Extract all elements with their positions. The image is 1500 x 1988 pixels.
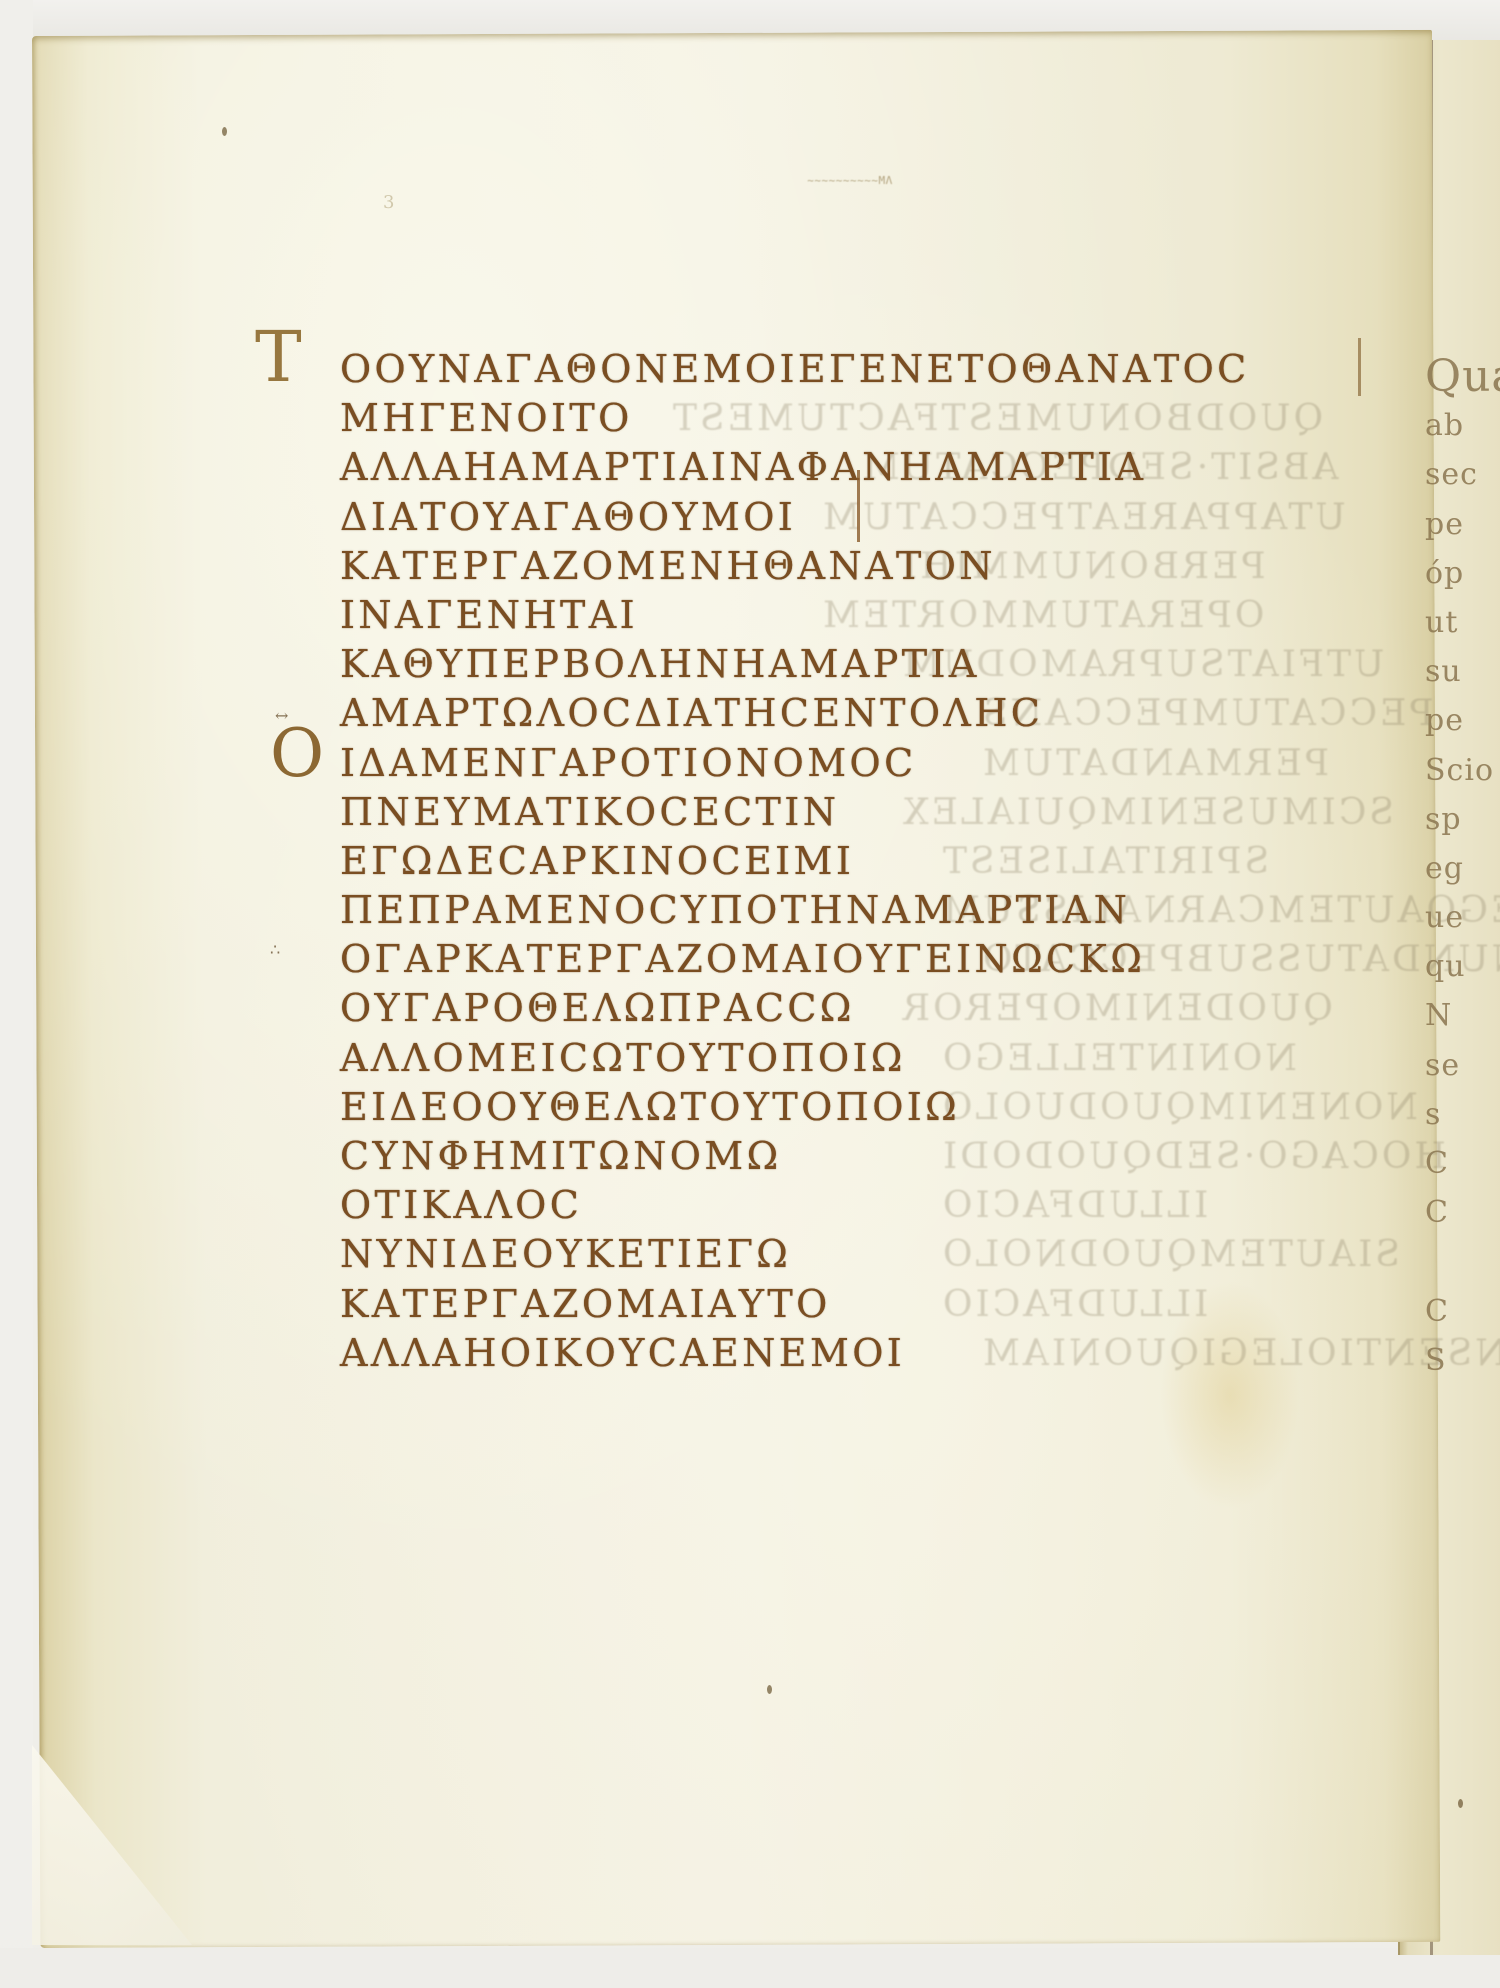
greek-line: ΚΑΤΕΡΓΑΖΟΜΑΙΑΥΤΟ [340,1282,831,1326]
latin-line: sp [1425,795,1500,844]
greek-line: ΑΛΛΑΗΟΙΚΟΥϹΑΕΝΕΜΟΙ [340,1331,905,1375]
text-line: EGOAUTEMCARNALISSUM ΠΕΠΡΑΜΕΝΟϹΥΠΟΤΗΝΑΜΑΡ… [340,886,1390,935]
text-line: Τ ΟΟΥΝΑΓΑΘΟΝΕΜΟΙΕΓΕΝΕΤΟΘΑΝΑΤΟϹ [340,345,1390,394]
latin-line: C [1425,1188,1500,1237]
greek-line: ΟΟΥΝΑΓΑΘΟΝΕΜΟΙΕΓΕΝΕΤΟΘΑΝΑΤΟϹ [340,347,1250,391]
text-line: QUODENIMOPEROR ΟΥΓΑΡΟΘΕΛΩΠΡΑϹϹΩ [340,984,1390,1033]
text-line: UTFIATSUPRAMODUM ΚΑΘΥΠΕΡΒΟΛΗΝΗΑΜΑΡΤΙΑ [340,640,1390,689]
latin-line [1425,1237,1500,1286]
showthrough-text: UTAPPAREATPECCATUM [820,493,1346,542]
text-line: SPIRITALISEST ΕΓΩΔΕϹΑΡΚΙΝΟϹΕΙΜΙ [340,837,1390,886]
text-line: SIAUTEMQUODNOLO ΝΥΝΙΔΕΟΥΚΕΤΙΕΓΩ [340,1230,1390,1279]
greek-line: ΠΕΠΡΑΜΕΝΟϹΥΠΟΤΗΝΑΜΑΡΤΙΑΝ [340,888,1130,932]
greek-line: ΟΥΓΑΡΟΘΕΛΩΠΡΑϹϹΩ [340,986,855,1030]
showthrough-text: NONENIMQUODUOLO [940,1083,1418,1132]
greek-line: ΠΝΕΥΜΑΤΙΚΟϹΕϹΤΙΝ [340,790,839,834]
showthrough-text: ILLUDFACIO [940,1280,1208,1329]
text-line: ILLUDFACIO ΚΑΤΕΡΓΑΖΟΜΑΙΑΥΤΟ [340,1280,1390,1329]
greek-line: ΑΛΛΑΗΑΜΑΡΤΙΑΙΝΑΦΑΝΗΑΜΑΡΤΙΑ [340,445,1146,489]
text-line: OPERATUMMORTEM ΙΝΑΓΕΝΗΤΑΙ [340,591,1390,640]
latin-line: pe [1425,696,1500,745]
greek-line: ΕΙΔΕΟΟΥΘΕΛΩΤΟΥΤΟΠΟΙΩ [340,1085,960,1129]
text-line: CONSENTIOLEGIQUONIAM ΑΛΛΑΗΟΙΚΟΥϹΑΕΝΕΜΟΙ [340,1329,1390,1378]
greek-line: ΚΑΤΕΡΓΑΖΟΜΕΝΗΘΑΝΑΤΟΝ [340,544,996,588]
greek-line: ΕΓΩΔΕϹΑΡΚΙΝΟϹΕΙΜΙ [340,839,854,883]
showthrough-text: ILLUDFACIO [940,1181,1208,1230]
greek-line: ϹΥΝΦΗΜΙΤΩΝΟΜΩ [340,1134,782,1178]
showthrough-text: SCIMUSENIMQUIALEX [900,788,1394,837]
greek-line: ΙΔΑΜΕΝΓΑΡΟΤΙΟΝΟΜΟϹ [340,741,917,785]
latin-line: óp [1425,549,1500,598]
initial-letter: Ο [270,729,324,778]
text-line: ABSIT·SEDPECCATUM ΑΛΛΑΗΑΜΑΡΤΙΑΙΝΑΦΑΝΗΑΜΑ… [340,443,1390,492]
text-line: NONENIMQUODUOLO ΕΙΔΕΟΟΥΘΕΛΩΤΟΥΤΟΠΟΙΩ [340,1083,1390,1132]
greek-line: ΝΥΝΙΔΕΟΥΚΕΤΙΕΓΩ [340,1232,791,1276]
showthrough-text: PECCATUMPECCANS [980,689,1434,738]
greek-line: ΑΛΛΟΜΕΙϹΩΤΟΥΤΟΠΟΙΩ [340,1036,906,1080]
greek-line: ΑΜΑΡΤΩΛΟϹΔΙΑΤΗϹΕΝΤΟΛΗϹ [340,691,1043,735]
initial-letter: Τ [255,333,302,382]
showthrough-text: CONSENTIOLEGIQUONIAM [980,1329,1500,1378]
latin-text-column: Qua ab sec pe óp ut su pe Scio sp eg ue … [1425,352,1500,1385]
latin-line: ut [1425,598,1500,647]
text-line: NONINTELLEGO ΑΛΛΟΜΕΙϹΩΤΟΥΤΟΠΟΙΩ [340,1034,1390,1083]
showthrough-text: QUODENIMOPEROR [900,984,1333,1033]
greek-line: ΔΙΑΤΟΥΑΓΑΘΟΥΜΟΙ [340,495,796,539]
text-line: HOCAGO·SEDQUODODI ϹΥΝΦΗΜΙΤΩΝΟΜΩ [340,1132,1390,1181]
greek-line: ΟΤΙΚΑΛΟϹ [340,1183,582,1227]
text-line: SCIMUSENIMQUIALEX ΠΝΕΥΜΑΤΙΚΟϹΕϹΤΙΝ [340,788,1390,837]
margin-mark: ∴ [270,925,280,974]
text-line: Ο PERMANDATUM ΙΔΑΜΕΝΓΑΡΟΤΙΟΝΟΜΟϹ [340,739,1390,788]
showthrough-text: OPERATUMMORTEM [820,591,1264,640]
running-head: ~~~~~~~~~~MΛ [745,170,955,192]
latin-line: su [1425,647,1500,696]
latin-line: Qua [1425,352,1500,401]
latin-line: se [1425,1041,1500,1090]
latin-line: N [1425,991,1500,1040]
text-line: ILLUDFACIO ΟΤΙΚΑΛΟϹ [340,1181,1390,1230]
latin-line: sec [1425,450,1500,499]
latin-line: ab [1425,401,1500,450]
page-mark: 3 [383,192,394,213]
text-line: ∴ UENUNDATUSSUBPECCATO ΟΓΑΡΚΑΤΕΡΓΑΖΟΜΑΙΟ… [340,935,1390,984]
latin-line: pe [1425,500,1500,549]
ink-speck [1458,1799,1463,1808]
latin-line: Scio [1425,746,1500,795]
greek-line: ΚΑΘΥΠΕΡΒΟΛΗΝΗΑΜΑΡΤΙΑ [340,642,980,686]
showthrough-text: SPIRITALISEST [940,837,1269,886]
greek-line: ΙΝΑΓΕΝΗΤΑΙ [340,593,638,637]
showthrough-text: PERMANDATUM [980,739,1329,788]
ink-speck [222,127,227,136]
showthrough-text: NONINTELLEGO [940,1034,1297,1083]
phi-descender [857,470,860,542]
showthrough-text: QUODBONUMESTFACTUMEST [670,394,1323,443]
showthrough-text: SIAUTEMQUODNOLO [940,1230,1400,1279]
text-line: QUODBONUMESTFACTUMEST ΜΗΓΕΝΟΙΤΟ [340,394,1390,443]
ink-speck [767,1685,772,1694]
greek-text-column: Τ ΟΟΥΝΑΓΑΘΟΝΕΜΟΙΕΓΕΝΕΤΟΘΑΝΑΤΟϹ QUODBONUM… [340,345,1390,1378]
greek-line: ΜΗΓΕΝΟΙΤΟ [340,396,633,440]
text-line: PERBONUMMIHI ΚΑΤΕΡΓΑΖΟΜΕΝΗΘΑΝΑΤΟΝ [340,542,1390,591]
backdrop-left [0,0,33,1988]
greek-line: ΟΓΑΡΚΑΤΕΡΓΑΖΟΜΑΙΟΥΓΕΙΝΩϹΚΩ [340,937,1145,981]
showthrough-text: HOCAGO·SEDQUODODI [940,1132,1446,1181]
backdrop-bottom [0,1948,1500,1988]
text-line: UTAPPAREATPECCATUM ΔΙΑΤΟΥΑΓΑΘΟΥΜΟΙ [340,493,1390,542]
text-line: ↔ PECCATUMPECCANS ΑΜΑΡΤΩΛΟϹΔΙΑΤΗϹΕΝΤΟΛΗϹ [340,689,1390,738]
